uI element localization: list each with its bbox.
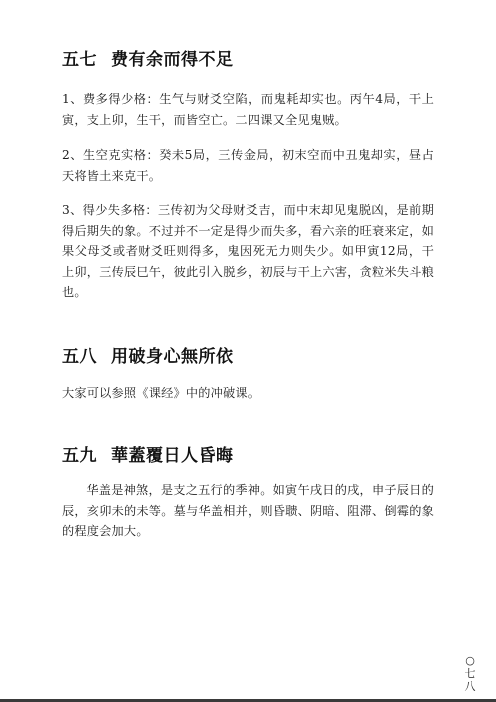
section-number: 五九 [62,441,97,466]
document-page: 五七费有余而得不足 1、费多得少格：生气与财爻空陷，而鬼耗却实也。丙午4局，干上… [0,0,496,702]
paragraph-59-1: 华盖是神煞，是支之五行的季神。如寅午戌日的戌，申子辰日的辰，亥卯未的未等。墓与华… [62,480,434,542]
page-number-digit: 八 [463,680,477,693]
page-number-digit: 七 [463,667,477,680]
paragraph-57-2: 2、生空克实格：癸未5局，三传金局，初末空而中丑鬼却实，昼占天将皆土来克干。 [62,145,434,186]
section-title: 華蓋覆日人昏晦 [111,446,234,466]
section-number: 五七 [62,45,97,70]
paragraph-57-3: 3、得少失多格：三传初为父母财爻吉，而中末却见鬼脱凶，是前期得后期失的象。不过并… [62,200,434,303]
section-heading-57: 五七费有余而得不足 [62,45,234,70]
page-number-digit: ○ [463,654,477,667]
section-heading-58: 五八用破身心無所依 [62,342,234,367]
section-number: 五八 [62,342,97,367]
paragraph-58-1: 大家可以参照《课经》中的冲破课。 [62,383,434,404]
paragraph-57-1: 1、费多得少格：生气与财爻空陷，而鬼耗却实也。丙午4局，干上寅，支上卯，生干，而… [62,89,434,130]
section-heading-59: 五九華蓋覆日人昏晦 [62,441,234,466]
section-title: 用破身心無所依 [111,347,234,367]
page-number: ○ 七 八 [463,654,477,693]
section-title: 费有余而得不足 [111,50,234,70]
